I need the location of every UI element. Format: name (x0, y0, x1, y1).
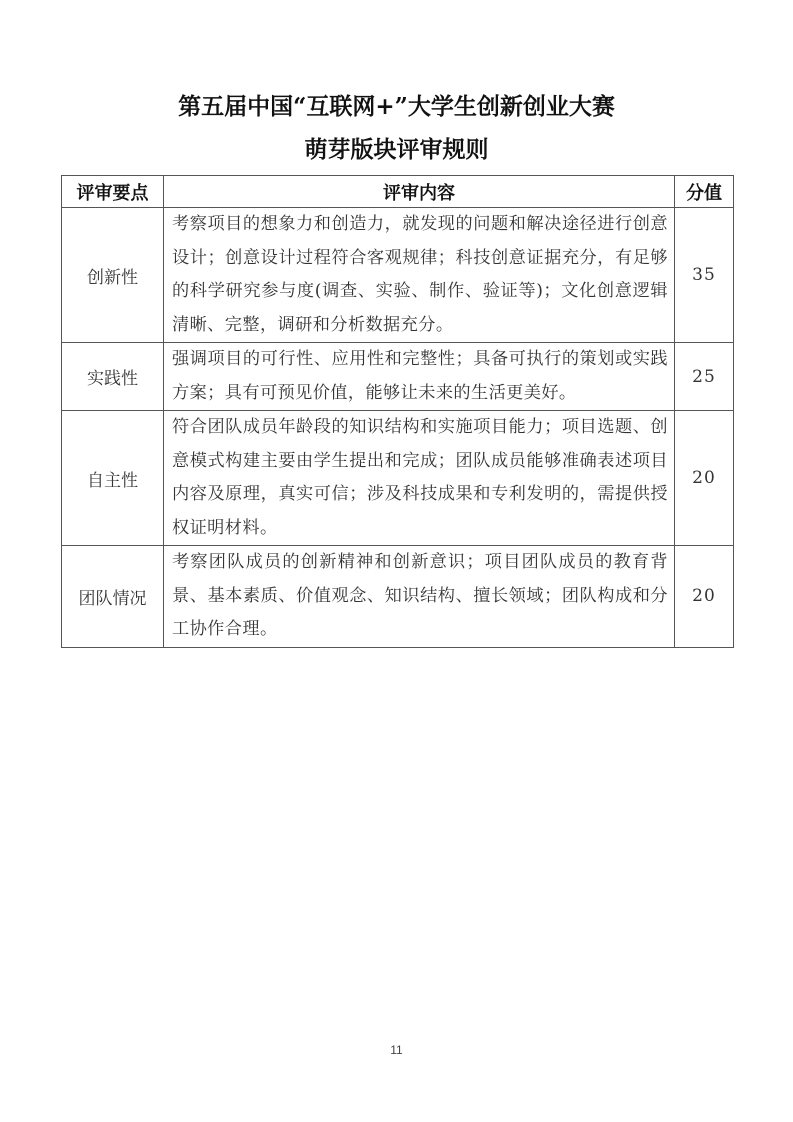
review-rules-table: 评审要点 评审内容 分值 创新性 考察项目的想象力和创造力，就发现的问题和解决途… (61, 175, 734, 648)
criterion-cell: 创新性 (62, 208, 164, 343)
document-title: 第五届中国“互联网+”大学生创新创业大赛 (0, 88, 793, 121)
content-cell: 考察团队成员的创新精神和创新意识；项目团队成员的教育背景、基本素质、价值观念、知… (164, 546, 675, 648)
page-number: 11 (0, 1043, 793, 1057)
criterion-cell: 实践性 (62, 343, 164, 411)
table-row: 团队情况 考察团队成员的创新精神和创新意识；项目团队成员的教育背景、基本素质、价… (62, 546, 734, 648)
score-cell: 25 (675, 343, 734, 411)
header-score: 分值 (675, 176, 734, 208)
header-content: 评审内容 (164, 176, 675, 208)
document-subtitle: 萌芽版块评审规则 (0, 131, 793, 164)
score-cell: 35 (675, 208, 734, 343)
table-header-row: 评审要点 评审内容 分值 (62, 176, 734, 208)
criterion-cell: 团队情况 (62, 546, 164, 648)
table-row: 自主性 符合团队成员年龄段的知识结构和实施项目能力；项目选题、创意模式构建主要由… (62, 411, 734, 546)
score-cell: 20 (675, 411, 734, 546)
content-cell: 符合团队成员年龄段的知识结构和实施项目能力；项目选题、创意模式构建主要由学生提出… (164, 411, 675, 546)
table-row: 创新性 考察项目的想象力和创造力，就发现的问题和解决途径进行创意设计；创意设计过… (62, 208, 734, 343)
content-cell: 考察项目的想象力和创造力，就发现的问题和解决途径进行创意设计；创意设计过程符合客… (164, 208, 675, 343)
score-cell: 20 (675, 546, 734, 648)
header-criterion: 评审要点 (62, 176, 164, 208)
table-row: 实践性 强调项目的可行性、应用性和完整性；具备可执行的策划或实践方案；具有可预见… (62, 343, 734, 411)
criterion-cell: 自主性 (62, 411, 164, 546)
content-cell: 强调项目的可行性、应用性和完整性；具备可执行的策划或实践方案；具有可预见价值，能… (164, 343, 675, 411)
